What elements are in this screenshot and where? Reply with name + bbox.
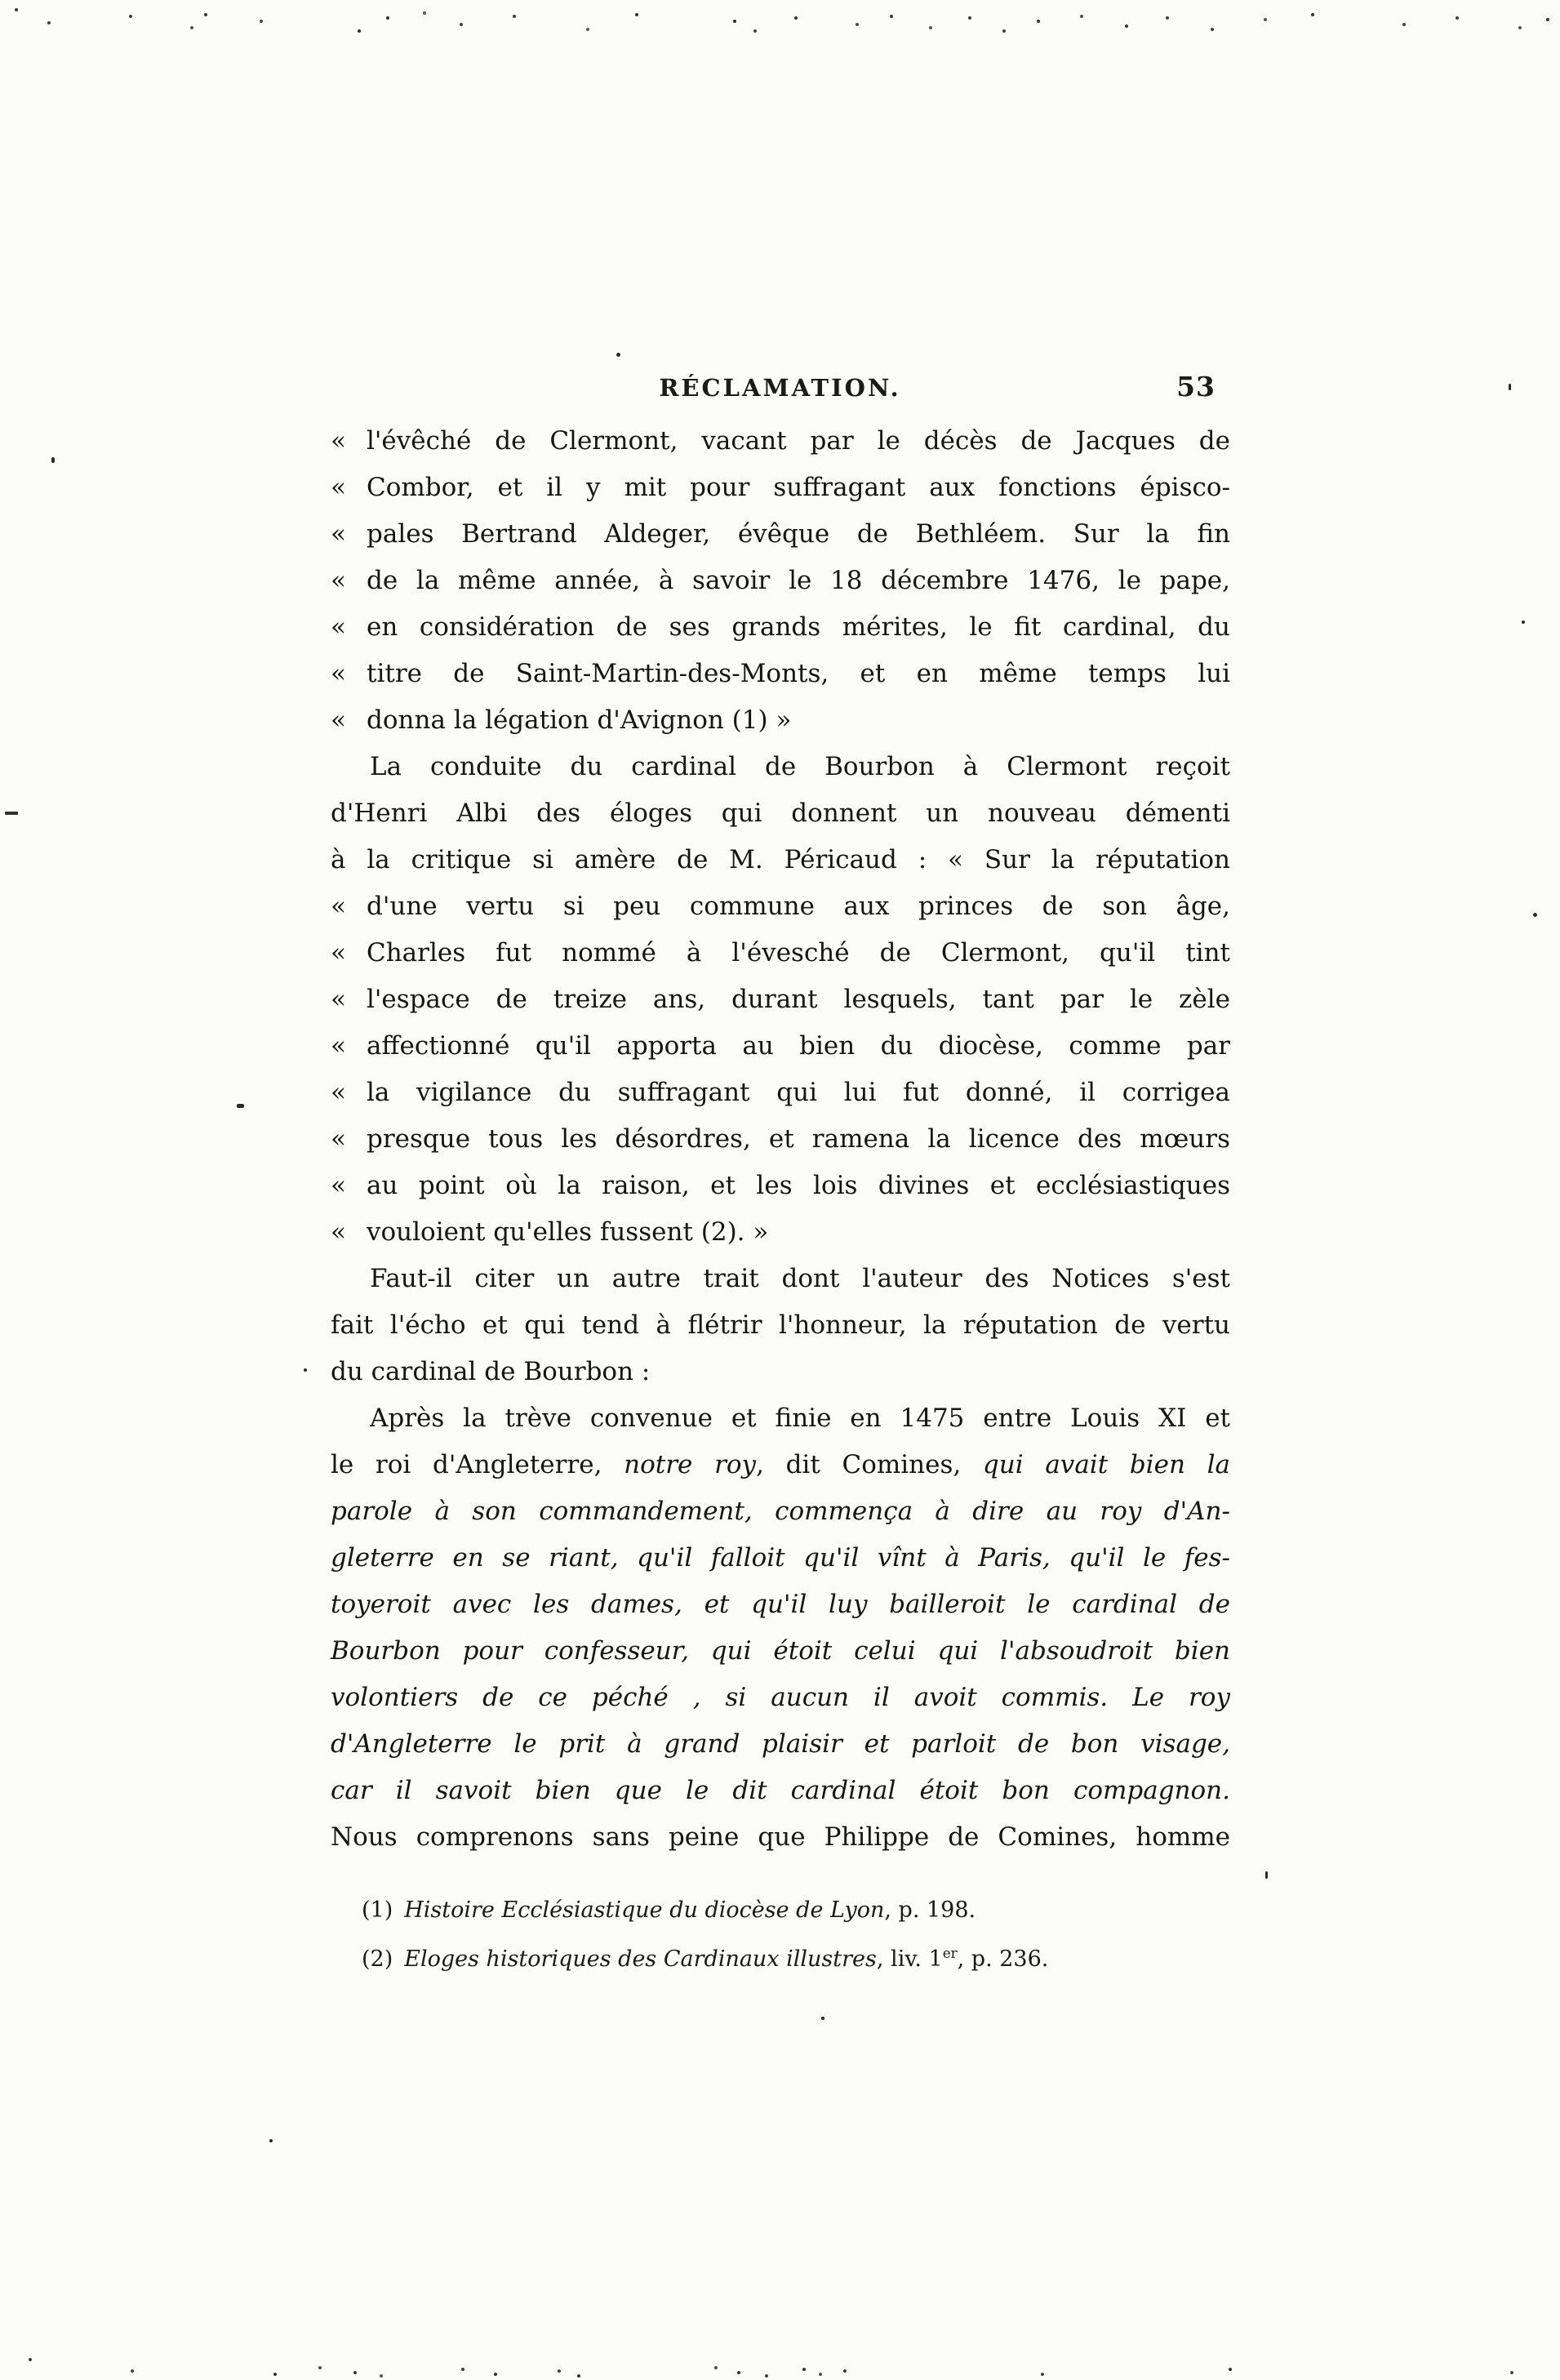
italic-text-segment: d'Angleterre le prit à grand plaisir et …: [331, 1729, 1230, 1759]
italic-text-segment: toyeroit avec les dames, et qu'il luy ba…: [331, 1590, 1230, 1619]
text-line: «d'une vertu si peu commune aux princes …: [331, 883, 1230, 930]
guillemet-open: «: [331, 1116, 367, 1163]
text-line: «la vigilance du suffragant qui lui fut …: [331, 1070, 1230, 1116]
text-line: parole à son commandement, commença à di…: [331, 1488, 1230, 1535]
text-line: «Charles fut nommé à l'évesché de Clermo…: [331, 930, 1230, 976]
footnotes: (1)Histoire Ecclésiastique du diocèse de…: [362, 1886, 1227, 1984]
scan-speck: [616, 353, 620, 357]
italic-text-segment: volontiers de ce péché , si aucun il avo…: [331, 1683, 1230, 1712]
scan-speck: [269, 2139, 273, 2142]
text-segment: donna la légation d'Avignon (1) »: [367, 705, 791, 735]
text-line: le roi d'Angleterre, notre roy, dit Comi…: [331, 1442, 1230, 1488]
guillemet-open: «: [331, 604, 367, 651]
text-segment: presque tous les désordres, et ramena la…: [367, 1124, 1230, 1154]
guillemet-open: «: [331, 930, 367, 976]
text-line: «de la même année, à savoir le 18 décemb…: [331, 558, 1230, 604]
scan-speck: [1265, 1871, 1268, 1879]
italic-text-segment: notre roy: [624, 1450, 756, 1479]
footnote-number: (2): [362, 1935, 393, 1984]
text-segment: d'une vertu si peu commune aux princes d…: [367, 892, 1230, 921]
text-segment: pales Bertrand Aldeger, évêque de Bethlé…: [367, 519, 1230, 549]
footnote-number: (1): [362, 1886, 393, 1935]
text-segment: d'Henri Albi des éloges qui donnent un n…: [331, 799, 1230, 828]
scan-speck: [1533, 913, 1537, 917]
text-segment: Après la trève convenue et finie en 1475…: [370, 1404, 1230, 1433]
text-segment: l'espace de treize ans, durant lesquels,…: [367, 985, 1230, 1014]
text-line: «Combor, et il y mit pour suffragant aux…: [331, 465, 1230, 511]
guillemet-open: «: [331, 1070, 367, 1116]
text-line: «pales Bertrand Aldeger, évêque de Bethl…: [331, 511, 1230, 558]
text-line: «l'espace de treize ans, durant lesquels…: [331, 976, 1230, 1023]
text-line: gleterre en se riant, qu'il falloit qu'i…: [331, 1535, 1230, 1581]
text-line: car il savoit bien que le dit cardinal é…: [331, 1768, 1230, 1814]
footnote-title-italic: Eloges historiques des Cardinaux illustr…: [404, 1946, 877, 1972]
guillemet-open: «: [331, 697, 367, 744]
text-line: «affectionné qu'il apporta au bien du di…: [331, 1023, 1230, 1070]
text-segment: Nous comprenons sans peine que Philippe …: [331, 1822, 1230, 1852]
scan-speck: [821, 2017, 824, 2020]
footnote-text: , liv. 1: [877, 1946, 943, 1972]
italic-text-segment: qui avait bien la: [983, 1450, 1230, 1479]
scanned-book-page: { "header": { "title": "RÉCLAMATION.", "…: [0, 0, 1560, 2380]
text-segment: l'évêché de Clermont, vacant par le décè…: [367, 426, 1230, 456]
text-line: «l'évêché de Clermont, vacant par le déc…: [331, 418, 1230, 465]
text-segment: vouloient qu'elles fussent (2). »: [367, 1217, 768, 1247]
running-head: RÉCLAMATION. 53: [0, 374, 1560, 407]
guillemet-open: «: [331, 465, 367, 511]
text-line: Nous comprenons sans peine que Philippe …: [331, 1814, 1230, 1861]
guillemet-open: «: [331, 418, 367, 465]
text-line: «en considération de ses grands mérites,…: [331, 604, 1230, 651]
guillemet-open: «: [331, 883, 367, 930]
text-line: toyeroit avec les dames, et qu'il luy ba…: [331, 1581, 1230, 1628]
text-line: à la critique si amère de M. Péricaud : …: [331, 837, 1230, 883]
text-segment: fait l'écho et qui tend à flétrir l'honn…: [331, 1310, 1230, 1340]
italic-text-segment: car il savoit bien que le dit cardinal é…: [331, 1776, 1230, 1805]
body-text: «l'évêché de Clermont, vacant par le déc…: [331, 418, 1230, 1861]
page-number: 53: [1176, 371, 1216, 403]
text-line: «au point où la raison, et les lois divi…: [331, 1163, 1230, 1209]
footnote: (2)Eloges historiques des Cardinaux illu…: [362, 1935, 1227, 1984]
text-line: Bourbon pour confesseur, qui étoit celui…: [331, 1628, 1230, 1675]
italic-text-segment: gleterre en se riant, qu'il falloit qu'i…: [331, 1543, 1230, 1573]
text-segment: la vigilance du suffragant qui lui fut d…: [367, 1078, 1230, 1107]
text-segment: au point où la raison, et les lois divin…: [367, 1171, 1230, 1200]
scan-specks-bottom: [29, 2358, 32, 2361]
scan-speck: [237, 1104, 244, 1108]
guillemet-open: «: [331, 1209, 367, 1256]
text-segment: à la critique si amère de M. Péricaud : …: [331, 845, 1230, 874]
text-segment: La conduite du cardinal de Bourbon à Cle…: [370, 752, 1230, 781]
text-segment: de la même année, à savoir le 18 décembr…: [367, 566, 1230, 595]
text-line: «titre de Saint-Martin-des-Monts, et en …: [331, 651, 1230, 697]
footnote-title-italic: Histoire Ecclésiastique du diocèse de Ly…: [404, 1897, 884, 1923]
text-line: du cardinal de Bourbon :: [331, 1349, 1230, 1395]
text-segment: Charles fut nommé à l'évesché de Clermon…: [367, 938, 1230, 968]
text-segment: le roi d'Angleterre,: [331, 1450, 624, 1479]
scan-speck: [304, 1368, 307, 1372]
text-segment: , dit Comines,: [756, 1450, 983, 1479]
scan-speck: [5, 812, 18, 815]
text-segment: Faut-il citer un autre trait dont l'aute…: [370, 1264, 1230, 1293]
page-title: RÉCLAMATION.: [0, 374, 1560, 402]
scan-speck: [1522, 621, 1525, 624]
text-segment: du cardinal de Bourbon :: [331, 1357, 650, 1386]
guillemet-open: «: [331, 558, 367, 604]
text-segment: titre de Saint-Martin-des-Monts, et en m…: [367, 659, 1230, 688]
text-line: Faut-il citer un autre trait dont l'aute…: [331, 1256, 1230, 1302]
scan-speck: [51, 457, 55, 463]
footnote-text: er: [943, 1945, 958, 1961]
text-line: d'Angleterre le prit à grand plaisir et …: [331, 1721, 1230, 1768]
text-segment: affectionné qu'il apporta au bien du dio…: [367, 1031, 1230, 1061]
text-line: «donna la légation d'Avignon (1) »: [331, 697, 1230, 744]
text-line: volontiers de ce péché , si aucun il avo…: [331, 1675, 1230, 1721]
guillemet-open: «: [331, 1023, 367, 1070]
book-page: RÉCLAMATION. 53 «l'évêché de Clermont, v…: [0, 0, 1560, 2380]
scan-specks-top: [15, 8, 18, 11]
text-line: «presque tous les désordres, et ramena l…: [331, 1116, 1230, 1163]
guillemet-open: «: [331, 976, 367, 1023]
text-segment: Combor, et il y mit pour suffragant aux …: [367, 473, 1230, 502]
guillemet-open: «: [331, 651, 367, 697]
guillemet-open: «: [331, 511, 367, 558]
text-line: «vouloient qu'elles fussent (2). »: [331, 1209, 1230, 1256]
footnote-text: , p. 198.: [884, 1897, 976, 1923]
footnote: (1)Histoire Ecclésiastique du diocèse de…: [362, 1886, 1227, 1935]
text-line: La conduite du cardinal de Bourbon à Cle…: [331, 744, 1230, 790]
italic-text-segment: Bourbon pour confesseur, qui étoit celui…: [331, 1636, 1230, 1666]
text-line: fait l'écho et qui tend à flétrir l'honn…: [331, 1302, 1230, 1349]
guillemet-open: «: [331, 1163, 367, 1209]
text-segment: en considération de ses grands mérites, …: [367, 612, 1230, 642]
text-line: d'Henri Albi des éloges qui donnent un n…: [331, 790, 1230, 837]
footnote-text: , p. 236.: [958, 1946, 1049, 1972]
italic-text-segment: parole à son commandement, commença à di…: [331, 1497, 1230, 1526]
text-line: Après la trève convenue et finie en 1475…: [331, 1395, 1230, 1442]
